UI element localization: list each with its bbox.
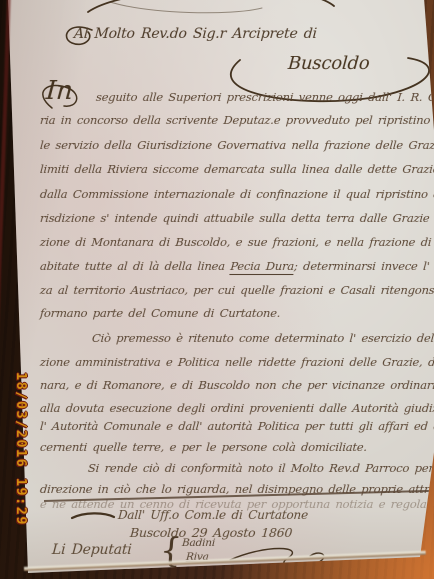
salutation-line: Al Molto Rev.do Sig.r Arciprete di (73, 26, 317, 42)
body-line: direzione in ciò che lo riguarda, nel di… (40, 482, 434, 496)
initial-flourish (34, 82, 94, 116)
body-line-underlined: abitate tutte al di là della linea Pecia… (40, 259, 434, 273)
body-line: cernenti quelle terre, e per le persone … (40, 440, 368, 454)
photo-of-letter-on-wood: { "photo": { "description": "Photograph … (0, 0, 434, 579)
body-line: seguito alle Superiori prescrizioni venn… (96, 90, 434, 104)
body-line: limiti della Riviera siccome demarcata s… (40, 162, 434, 176)
underlined-placename: Pecia Dura (230, 259, 295, 275)
body-line: le servizio della Giurisdizione Governat… (40, 138, 434, 152)
body-line: formano parte del Comune di Curtatone. (40, 306, 281, 320)
body-line: dalla Commissione internazionale di conf… (40, 187, 434, 201)
body-line: nara, e di Romanore, e di Buscoldo non c… (40, 378, 434, 392)
body-line: risdizione s' intende quindi attuabile s… (40, 211, 434, 225)
line-text: ; determinarsi invece l' apparten- (294, 259, 434, 273)
closing-dash-flourish (70, 510, 116, 524)
body-line: Si rende ciò di conformità noto il Molto… (88, 461, 434, 475)
body-line: zione amministrativa e Politica nelle ri… (40, 355, 434, 369)
closing-office: Dall' Uff.o Com.le di Curtatone (118, 508, 309, 522)
signature-label: Li Deputati (51, 542, 132, 558)
body-line: zione di Montanara di Buscoldo, e sue fr… (40, 235, 434, 249)
letter-paper: Al Molto Rev.do Sig.r Arciprete di Busco… (0, 0, 434, 579)
body-line: Ciò premesso è ritenuto come determinato… (92, 331, 434, 345)
signature-1: Badini (182, 537, 216, 549)
body-line: alla dovuta esecuzione degli ordini prov… (40, 401, 434, 415)
body-line: ria in concorso della scrivente Deputaz.… (40, 113, 434, 127)
body-line: l' Autorità Comunale e dall' autorità Po… (40, 419, 434, 433)
body-line: za al territorio Austriaco, per cui quel… (40, 283, 434, 297)
line-text: abitate tutte al di là della linea (40, 259, 231, 273)
camera-timestamp: 18/03/2016 19:29 (10, 372, 29, 544)
